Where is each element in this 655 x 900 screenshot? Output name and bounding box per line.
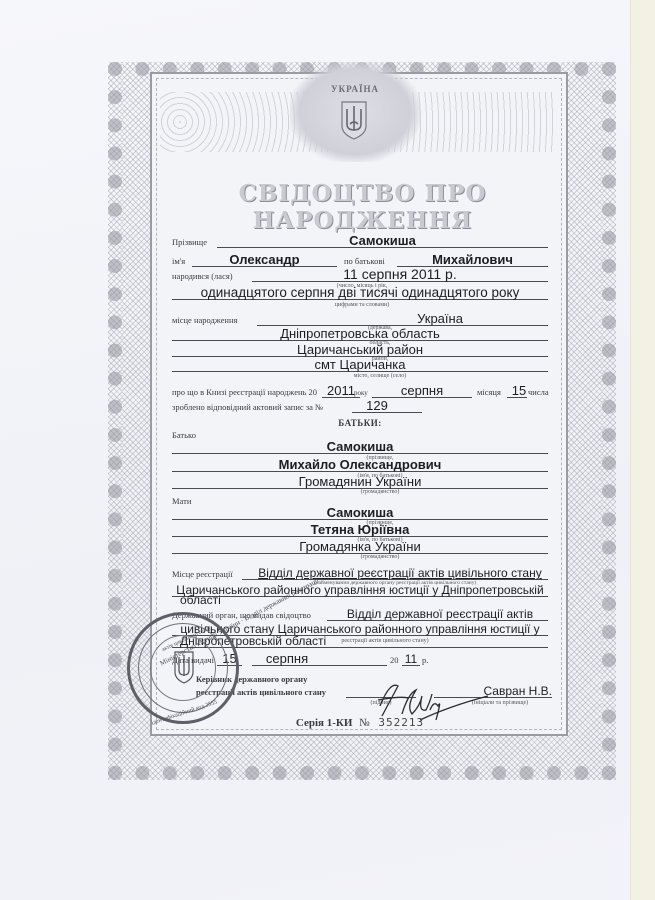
- settlement-caption: місто, селище (село): [300, 373, 460, 379]
- mother-citizenship-row: Громадянка України: [172, 540, 548, 554]
- country-heading: УКРАЇНА: [320, 84, 390, 94]
- issuer-caption: реєстрації актів цивільного стану): [300, 638, 470, 644]
- birth-date-row: народився (лася) 11 серпня 2011 р.: [172, 268, 548, 282]
- document-title: СВІДОЦТВО ПРО НАРОДЖЕННЯ: [190, 180, 535, 234]
- issue-month: серпня: [252, 651, 322, 666]
- father-name: Михайло Олександрович: [172, 457, 548, 472]
- registry-place-line1: Відділ державної реєстрації актів цивіль…: [252, 566, 548, 580]
- birthplace-settlement-row: смт Царичанка: [172, 358, 548, 372]
- book-label: про що в Книзі реєстрації народжень 20: [172, 387, 317, 397]
- father-surname: Самокиша: [172, 439, 548, 454]
- trident-coat-of-arms-icon: [340, 100, 368, 140]
- birthplace-country: Україна: [332, 311, 548, 326]
- parents-heading: БАТЬКИ:: [172, 418, 548, 428]
- birth-date-words-caption: цифрами та словами): [252, 302, 472, 308]
- series-number: Серія 1-КИ № 352213: [172, 716, 548, 729]
- month-label: місяця: [477, 387, 501, 397]
- patronymic-label: по батькові: [344, 256, 385, 266]
- year-suffix: року: [354, 389, 368, 397]
- father-surname-row: Самокиша: [172, 440, 548, 454]
- record-number-row: зроблено відповідний актовий запис за № …: [172, 399, 548, 413]
- birthplace-district-row: Царичанський район: [172, 343, 548, 357]
- day-label: числа: [528, 387, 549, 397]
- registry-place-row3: області: [172, 593, 548, 607]
- registration-month: серпня: [372, 383, 472, 398]
- birthplace-district: Царичанський район: [172, 342, 548, 357]
- birth-date: 11 серпня 2011 р.: [252, 266, 548, 282]
- registration-book-row: про що в Книзі реєстрації народжень 20 2…: [172, 384, 548, 398]
- stamp-trident-icon: [173, 650, 195, 684]
- father-citizenship-row: Громадянин України: [172, 475, 548, 489]
- surname-label: Прізвище: [172, 237, 207, 247]
- issuer-row: Державний орган, що видав свідоцтво Відд…: [172, 607, 548, 621]
- series-label: Серія 1-КИ: [296, 717, 353, 729]
- registry-place-row: Місце реєстрації Відділ державної реєстр…: [172, 566, 548, 580]
- registry-place-line3: області: [180, 593, 221, 607]
- mother-citizenship-caption: (громадянство): [300, 554, 460, 560]
- mother-surname: Самокиша: [172, 505, 548, 520]
- issue-year: 11: [402, 652, 420, 666]
- father-name-row: Михайло Олександрович: [172, 458, 548, 472]
- father-citizenship-caption: (громадянство): [300, 489, 460, 495]
- child-patronymic: Михайлович: [397, 252, 548, 267]
- registry-place-label: Місце реєстрації: [172, 569, 233, 579]
- child-surname: Самокиша: [217, 233, 548, 248]
- issue-year-prefix: 20: [390, 655, 399, 665]
- birthplace-region: Дніпропетровська область: [172, 326, 548, 341]
- record-number: 129: [352, 398, 402, 413]
- mother-name: Тетяна Юріївна: [172, 522, 548, 537]
- birthplace-label: місце народження: [172, 315, 237, 325]
- issuer-line1: Відділ державної реєстрації актів: [332, 607, 548, 621]
- number-sign: №: [359, 717, 370, 729]
- birthplace-settlement: смт Царичанка: [172, 357, 548, 372]
- name-label: ім'я: [172, 256, 185, 266]
- mother-citizenship: Громадянка України: [172, 539, 548, 554]
- scanner-edge-strip: [630, 0, 655, 900]
- child-name-row: ім'я Олександр по батькові Михайлович: [172, 253, 548, 267]
- father-citizenship: Громадянин України: [172, 474, 548, 489]
- mother-surname-row: Самокиша: [172, 506, 548, 520]
- birth-date-words-row: одинадцятого серпня дві тисячі одинадцят…: [172, 286, 548, 300]
- certificate-number: 352213: [378, 716, 424, 729]
- birthplace-country-row: місце народження Україна: [172, 312, 548, 326]
- record-label: зроблено відповідний актовий запис за №: [172, 402, 323, 412]
- mother-name-row: Тетяна Юріївна: [172, 523, 548, 537]
- birth-date-words: одинадцятого серпня дві тисячі одинадцят…: [172, 285, 548, 300]
- child-surname-row: Прізвище Самокиша: [172, 234, 548, 248]
- birthplace-region-row: Дніпропетровська область: [172, 327, 548, 341]
- issue-year-suffix: р.: [422, 655, 428, 665]
- born-label: народився (лася): [172, 271, 233, 281]
- child-name: Олександр: [192, 252, 337, 267]
